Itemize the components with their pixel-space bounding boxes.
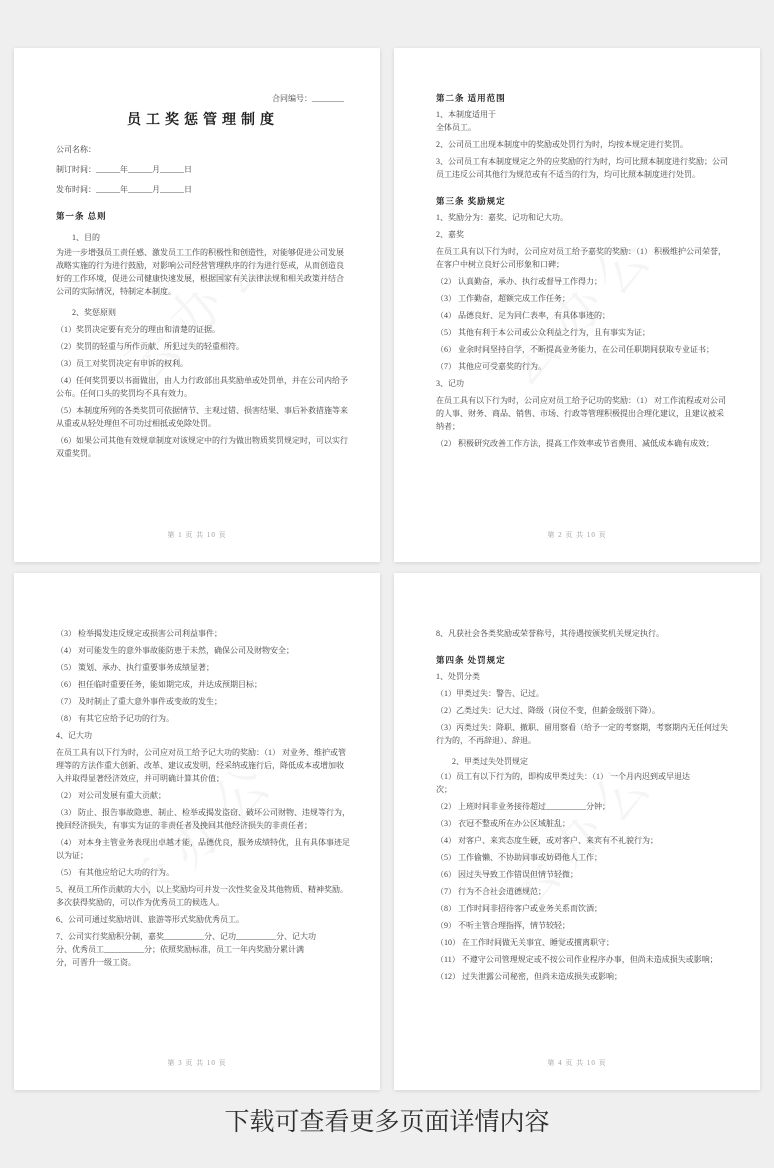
section-heading: 第一条 总则 — [56, 210, 350, 223]
paragraph: （7） 行为不合社会道德规范； — [436, 885, 730, 898]
paragraph: （6） 担任临时重要任务，能如期完成，并达成预期目标； — [56, 678, 350, 691]
paragraph: 3、记功 — [436, 377, 730, 390]
paragraph: （2）乙类过失：记大过、降级（岗位不变，但薪金级别下降）。 — [436, 704, 730, 717]
section-heading: 第二条 适用范围 — [436, 92, 730, 105]
paragraph: （2）奖罚的轻重与所作贡献、所犯过失的轻重相符。 — [56, 340, 350, 353]
document-page-2[interactable]: 云办公 第二条 适用范围1、本制度适用于 全体员工。2、公司员工出现本制度中的奖… — [394, 48, 760, 562]
paragraph: （8） 有其它应给予记功的行为。 — [56, 712, 350, 725]
section-heading: 第三条 奖励规定 — [436, 195, 730, 208]
paragraph: （6） 业余时间坚持自学，不断提高业务能力，在公司任职期间获取专业证书； — [436, 343, 730, 356]
paragraph: （1）奖罚决定要有充分的理由和清楚的证据。 — [56, 323, 350, 336]
document-preview: 云办公 合同编号：________员工奖惩管理制度公司名称：制订时间：_____… — [0, 0, 774, 1168]
paragraph: （2） 上班时间非业务接待超过__________分钟； — [436, 800, 730, 813]
paragraph: （4） 对客户、来宾态度生硬，或对客户、来宾有不礼貌行为； — [436, 834, 730, 847]
paragraph: （1）员工有以下行为的，即构成甲类过失：（1） 一个月内迟到或早退达 次； — [436, 770, 730, 796]
page-content: 8、凡获社会各类奖励或荣誉称号，其待遇按颁奖机关规定执行。第四条 处罚规定1、处… — [394, 573, 760, 1090]
paragraph: 为进一步增强员工责任感、激发员工工作的积极性和创造性，对能够促进公司发展战略实施… — [56, 246, 350, 298]
form-field-line: 制订时间：______年______月______日 — [56, 163, 350, 176]
sub-heading: 2、甲类过失处罚规定 — [436, 755, 730, 768]
paragraph: （2） 对公司发展有重大贡献； — [56, 789, 350, 802]
paragraph: （4） 对本身主管业务表现出卓越才能，品德优良，服务成绩特优，且有具体事迹足以为… — [56, 836, 350, 862]
document-page-4[interactable]: 云办公 8、凡获社会各类奖励或荣誉称号，其待遇按颁奖机关规定执行。第四条 处罚规… — [394, 573, 760, 1090]
paragraph: （5） 其他有利于本公司或公众利益之行为，且有事实为证； — [436, 326, 730, 339]
contract-number-line: 合同编号：________ — [56, 92, 344, 105]
paragraph: 5、视员工所作贡献的大小，以上奖励均可并发一次性奖金及其他物质、精神奖励。多次获… — [56, 883, 350, 909]
page-number: 第 3 页 共 10 页 — [14, 1058, 380, 1068]
section-heading: 第四条 处罚规定 — [436, 654, 730, 667]
paragraph: （8） 工作时间非招待客户或业务关系而饮酒； — [436, 902, 730, 915]
paragraph: （3）员工对奖罚决定有申诉的权利。 — [56, 357, 350, 370]
paragraph: （4） 对可能发生的意外事故能防患于未然，确保公司及财物安全； — [56, 644, 350, 657]
page-grid: 云办公 合同编号：________员工奖惩管理制度公司名称：制订时间：_____… — [14, 48, 760, 1090]
paragraph: （3） 衣冠不整或所在办公区域脏乱； — [436, 817, 730, 830]
page-content: 第二条 适用范围1、本制度适用于 全体员工。2、公司员工出现本制度中的奖励或处罚… — [394, 48, 760, 562]
paragraph: （9） 不听主管合理指挥，情节较轻； — [436, 919, 730, 932]
paragraph: 7、公司实行奖励积分制，嘉奖__________分、记功__________分、… — [56, 930, 350, 969]
form-field-line: 发布时间：______年______月______日 — [56, 183, 350, 196]
paragraph: 3、公司员工有本制度规定之外的应奖励的行为时，均可比照本制度进行奖励；公司员工违… — [436, 155, 730, 181]
paragraph: （10） 在工作时间做无关事宜、睡觉或擅离职守； — [436, 936, 730, 949]
paragraph: （5） 工作偷懒、不协助同事或妨碍他人工作； — [436, 851, 730, 864]
paragraph: 1、本制度适用于 全体员工。 — [436, 108, 730, 134]
paragraph: 1、处罚分类 — [436, 670, 730, 683]
paragraph: 6、公司可通过奖励培训、旅游等形式奖励优秀员工。 — [56, 913, 350, 926]
paragraph: （5） 有其他应给记大功的行为。 — [56, 866, 350, 879]
page-content: 合同编号：________员工奖惩管理制度公司名称：制订时间：______年__… — [14, 48, 380, 562]
paragraph: （5）本制度所列的各类奖罚可依据情节、主观过错、损害结果、事后补救措施等来从重或… — [56, 404, 350, 430]
form-field-line: 公司名称： — [56, 143, 350, 156]
paragraph: （11） 不遵守公司管理规定或不按公司作业程序办事，但尚未造成损失或影响； — [436, 953, 730, 966]
document-page-3[interactable]: 云办公 （3） 检举揭发违反规定或损害公司利益事件；（4） 对可能发生的意外事故… — [14, 573, 380, 1090]
page-number: 第 2 页 共 10 页 — [394, 530, 760, 540]
paragraph: （3） 工作勤奋，超额完成工作任务； — [436, 292, 730, 305]
paragraph: （6）如果公司其他有效规章制度对该规定中的行为做出物质奖罚规定时，可以实行双重奖… — [56, 434, 350, 460]
document-page-1[interactable]: 云办公 合同编号：________员工奖惩管理制度公司名称：制订时间：_____… — [14, 48, 380, 562]
paragraph: 2、嘉奖 — [436, 228, 730, 241]
page-number: 第 4 页 共 10 页 — [394, 1058, 760, 1068]
paragraph: （3）丙类过失：降职、撤职、留用察看（给予一定的考察期，考察期内无任何过失行为的… — [436, 721, 730, 747]
page-content: （3） 检举揭发违反规定或损害公司利益事件；（4） 对可能发生的意外事故能防患于… — [14, 573, 380, 1090]
paragraph: （2） 积极研究改善工作方法，提高工作效率或节省费用、减低成本确有成效； — [436, 437, 730, 450]
page-number: 第 1 页 共 10 页 — [14, 530, 380, 540]
paragraph: （3） 检举揭发违反规定或损害公司利益事件； — [56, 627, 350, 640]
paragraph: 8、凡获社会各类奖励或荣誉称号，其待遇按颁奖机关规定执行。 — [436, 627, 730, 640]
download-hint-text: 下载可查看更多页面详情内容 — [0, 1106, 774, 1138]
paragraph: 2、公司员工出现本制度中的奖励或处罚行为时，均按本规定进行奖罚。 — [436, 138, 730, 151]
paragraph: （2） 认真勤奋，承办、执行或督导工作得力； — [436, 275, 730, 288]
paragraph: （6） 因过失导致工作错误但情节轻微； — [436, 868, 730, 881]
paragraph: 在员工具有以下行为时，公司应对员工给予嘉奖的奖励：（1） 积极维护公司荣誉，在客… — [436, 245, 730, 271]
paragraph: 在员工具有以下行为时，公司应对员工给予记大功的奖励：（1） 对业务、维护或管理等… — [56, 746, 350, 785]
paragraph: 在员工具有以下行为时，公司应对员工给予记功的奖励：（1） 对工作流程或对公司的人… — [436, 394, 730, 433]
document-title: 员工奖惩管理制度 — [56, 111, 350, 131]
paragraph: 4、记大功 — [56, 729, 350, 742]
paragraph: （7） 其他应可受嘉奖的行为。 — [436, 360, 730, 373]
paragraph: 1、奖励分为：嘉奖、记功和记大功。 — [436, 211, 730, 224]
paragraph: （5） 策划、承办、执行重要事务成绩显著； — [56, 661, 350, 674]
sub-heading: 1、目的 — [56, 231, 350, 244]
paragraph: （4） 品德良好、足为同仁表率，有具体事迹的； — [436, 309, 730, 322]
paragraph: （4）任何奖罚要以书面做出，由人力行政部出具奖励单或处罚单，并在公司内给予公布。… — [56, 374, 350, 400]
paragraph: （3） 防止、报告事故隐患、制止、检举或揭发盗窃、破坏公司财物、违规等行为，挽回… — [56, 806, 350, 832]
paragraph: （1）甲类过失：警告、记过。 — [436, 687, 730, 700]
paragraph: （7） 及时制止了重大意外事件或变故的发生； — [56, 695, 350, 708]
paragraph: （12） 过失泄露公司秘密，但尚未造成损失或影响； — [436, 970, 730, 983]
sub-heading: 2、奖惩原则 — [56, 306, 350, 319]
